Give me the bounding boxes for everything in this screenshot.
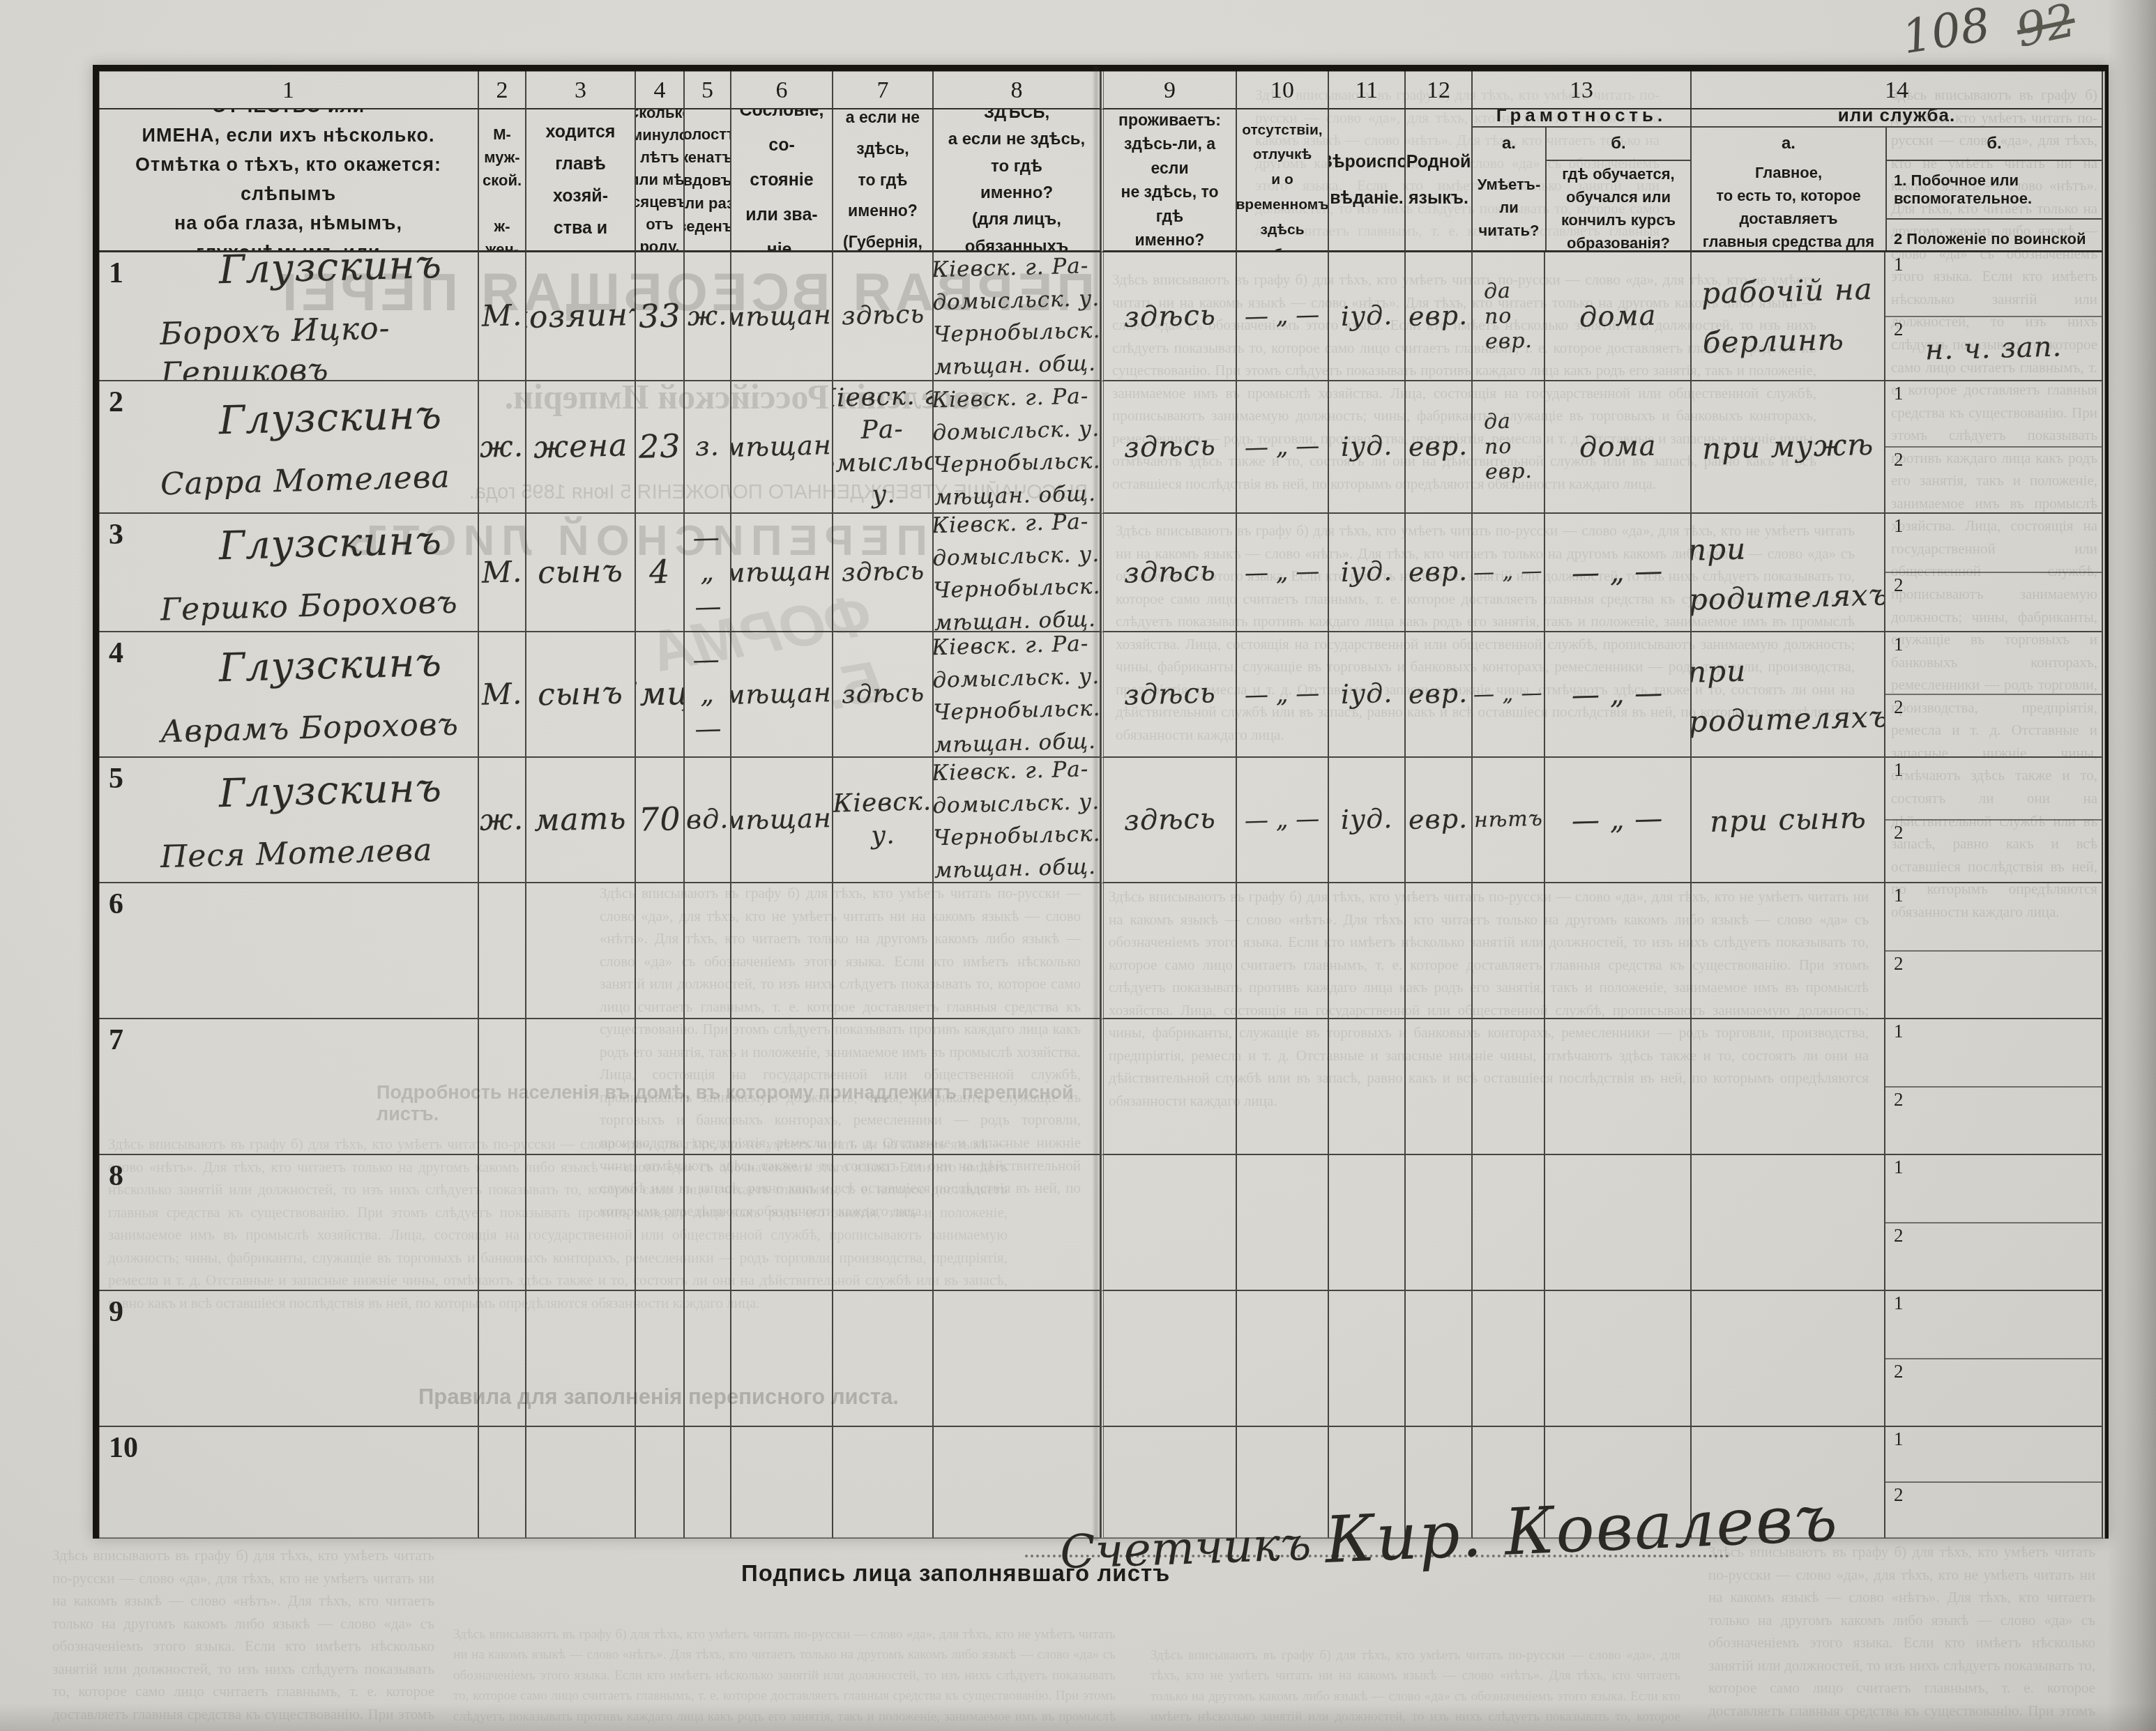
row-number: 1 bbox=[109, 257, 123, 290]
subrow-label-1: 1 bbox=[1894, 1428, 1904, 1450]
handwriting-resides: здѣсь bbox=[1123, 800, 1216, 839]
handwriting-sex: ж. bbox=[480, 427, 525, 466]
header-occupation-title: Занятіе, ремесло, промыселъ, должность и… bbox=[1692, 109, 2102, 128]
born-cell: Кіевск. у. bbox=[833, 758, 934, 883]
header-relation-column: Какъ записанный при- ходится главѣ хозяй… bbox=[526, 109, 636, 252]
military-status-cell: 12 bbox=[1885, 381, 2103, 514]
handwriting-educated: — „ — bbox=[1572, 553, 1664, 591]
handwriting-reads: — „ — bbox=[1473, 681, 1544, 708]
reads-cell bbox=[1473, 1019, 1545, 1155]
header-residence-column: Гдѣ обыкновенно проживаетъ: здѣсь-ли, а … bbox=[1101, 109, 1237, 252]
handwriting-military2: н. ч. зап. bbox=[1925, 328, 2063, 368]
registered-cell: Кіевск. г. Ра- домысльск. у. Чернобыльск… bbox=[934, 381, 1101, 514]
age-cell bbox=[636, 883, 685, 1019]
sex-cell: ж. bbox=[479, 758, 526, 883]
registered-cell bbox=[934, 1019, 1101, 1155]
header-occupation-b1-text: 1. Побочное или вспомогательное. bbox=[1887, 161, 2102, 220]
language-cell bbox=[1406, 1291, 1473, 1427]
handwriting-estate: мѣщан. bbox=[731, 298, 833, 335]
marital-cell: з. bbox=[685, 381, 731, 514]
col-number-6: 6 bbox=[731, 71, 833, 109]
row-number: 3 bbox=[109, 518, 123, 551]
person-cell: 1ГлузскинъБорохъ Ицко-Гершковъ bbox=[99, 252, 479, 381]
handwriting-educated: дома bbox=[1579, 428, 1657, 466]
military-status-cell: 12 bbox=[1885, 1019, 2103, 1155]
handwriting-born: Кіевск. г. Ра- домысльск. у. bbox=[833, 381, 934, 514]
resides-cell bbox=[1101, 883, 1237, 1019]
handwriting-sex: ж. bbox=[480, 800, 525, 839]
reads-cell: — „ — bbox=[1473, 632, 1545, 758]
header-age-column: Сколько минуло лѣтъ или мѣ- сяцевъ отъ р… bbox=[636, 109, 685, 252]
handwriting-religion: іуд. bbox=[1340, 676, 1393, 712]
handwriting-language: евр. bbox=[1409, 802, 1468, 838]
handwriting-registered: Кіевск. г. Ра- домысльск. у. Чернобыльск… bbox=[934, 381, 1101, 514]
header-marital-column: Холостъ, женатъ, вдовъ или раз- веденъ. bbox=[685, 109, 731, 252]
occupation-secondary-subrow: 1 bbox=[1885, 381, 2102, 448]
marital-cell bbox=[685, 1291, 731, 1427]
estate-cell bbox=[731, 1291, 833, 1427]
educated-cell: — „ — bbox=[1545, 632, 1692, 758]
registered-cell: Кіевск. г. Ра- домысльск. у. Чернобыльск… bbox=[934, 252, 1101, 381]
resides-cell: здѣсь bbox=[1101, 514, 1237, 632]
sex-cell: М. bbox=[479, 514, 526, 632]
military-service-subrow: 2 bbox=[1885, 573, 2102, 631]
handwriting-occupation: при родителяхъ bbox=[1692, 642, 1885, 747]
subrow-label-2: 2 bbox=[1894, 1089, 1904, 1111]
header-occupation-b2-text: 2 Положеніе по воинской повинности. bbox=[1887, 220, 2102, 252]
handwriting-absence: — „ — bbox=[1245, 556, 1320, 589]
header-occupation-a-text: Главное, то есть то, которое доставляетъ… bbox=[1692, 160, 1885, 253]
religion-cell: іуд. bbox=[1329, 252, 1406, 381]
occupation-cell bbox=[1692, 883, 1885, 1019]
resides-cell: здѣсь bbox=[1101, 252, 1237, 381]
col-number-9: 9 bbox=[1101, 71, 1237, 109]
born-cell bbox=[833, 1019, 934, 1155]
handwriting-sex: М. bbox=[481, 553, 523, 592]
age-cell: 70 bbox=[636, 758, 685, 883]
row-number: 10 bbox=[109, 1431, 138, 1465]
born-cell: здѣсь bbox=[833, 632, 934, 758]
born-cell bbox=[833, 1427, 934, 1539]
educated-cell: — „ — bbox=[1545, 514, 1692, 632]
absence-cell bbox=[1237, 1019, 1329, 1155]
subrow-label-2: 2 bbox=[1894, 449, 1904, 471]
language-cell bbox=[1406, 883, 1473, 1019]
marital-cell bbox=[685, 883, 731, 1019]
military-status-cell: 12 bbox=[1885, 632, 2103, 758]
resides-cell: здѣсь bbox=[1101, 381, 1237, 514]
handwriting-marital: — „ — bbox=[685, 520, 731, 625]
registered-cell: Кіевск. г. Ра- домысльск. у. Чернобыльск… bbox=[934, 632, 1101, 758]
handwriting-occupation: при мужѣ bbox=[1701, 420, 1874, 474]
col-number-13: 13 bbox=[1473, 71, 1692, 109]
religion-cell bbox=[1329, 1291, 1406, 1427]
signature-name-handwriting: Кир. Ковалевъ bbox=[1325, 1492, 1839, 1566]
sex-cell bbox=[479, 1155, 526, 1291]
col-number-14: 14 bbox=[1692, 71, 2103, 109]
reads-cell bbox=[1473, 1155, 1545, 1291]
handwriting-given-name: Аврамъ Бороховъ bbox=[160, 704, 459, 752]
subrow-label-2: 2 bbox=[1894, 574, 1904, 596]
registered-cell: Кіевск. г. Ра- домысльск. у. Чернобыльск… bbox=[934, 758, 1101, 883]
military-service-subrow: 2 bbox=[1885, 1088, 2102, 1154]
subrow-label-2: 2 bbox=[1894, 953, 1904, 975]
handwriting-absence: — „ — bbox=[1245, 300, 1320, 333]
handwriting-estate: мѣщан. bbox=[731, 676, 833, 713]
educated-cell: — „ — bbox=[1545, 758, 1692, 883]
row-number: 5 bbox=[109, 762, 123, 795]
handwriting-estate: мѣщан. bbox=[731, 801, 833, 839]
estate-cell: мѣщан. bbox=[731, 381, 833, 514]
religion-cell: іуд. bbox=[1329, 514, 1406, 632]
religion-cell: іуд. bbox=[1329, 381, 1406, 514]
row-number: 4 bbox=[109, 636, 123, 670]
handwriting-occupation: при родителяхъ bbox=[1692, 520, 1885, 625]
military-status-cell: 12 bbox=[1885, 514, 2103, 632]
relation-cell bbox=[526, 1291, 636, 1427]
age-cell: 4 bbox=[636, 514, 685, 632]
handwriting-absence: — „ — bbox=[1245, 431, 1320, 464]
subrow-label-1: 1 bbox=[1894, 1157, 1904, 1178]
reads-cell: нѣтъ bbox=[1473, 758, 1545, 883]
age-cell: 33 bbox=[636, 252, 685, 381]
military-status-cell: 12 bbox=[1885, 1291, 2103, 1427]
handwriting-estate: мѣщан. bbox=[731, 554, 833, 591]
reads-cell bbox=[1473, 1291, 1545, 1427]
subrow-label-1: 1 bbox=[1894, 383, 1904, 404]
header-literacy-a-text: Умѣетъ- ли читать? bbox=[1473, 160, 1545, 253]
handwriting-occupation: при сынѣ bbox=[1709, 793, 1867, 846]
relation-cell: жена bbox=[526, 381, 636, 514]
language-cell bbox=[1406, 1155, 1473, 1291]
header-registration-column: Приписанъ-ли ЗДѢСЬ, а если не здѣсь, то … bbox=[934, 109, 1101, 252]
sex-cell bbox=[479, 1019, 526, 1155]
header-occupation-sub-a: а. Главное, то есть то, которое доставля… bbox=[1692, 128, 1885, 253]
occupation-cell bbox=[1692, 1291, 1885, 1427]
signature-role-text: Счетчикъ bbox=[1059, 1517, 1312, 1580]
absence-cell: — „ — bbox=[1237, 381, 1329, 514]
handwriting-age: 70 bbox=[638, 798, 681, 841]
bleedthrough-text-block: Здѣсь вписываютъ въ графу б) для тѣхъ, к… bbox=[52, 1544, 434, 1722]
handwriting-relation: сынъ bbox=[537, 551, 623, 593]
subrow-label-2: 2 bbox=[1894, 319, 1904, 340]
military-service-subrow: 2 bbox=[1885, 952, 2102, 1019]
absence-cell: — „ — bbox=[1237, 252, 1329, 381]
header-literacy-sub-b: б. гдѣ обучается, обучался или кончилъ к… bbox=[1545, 128, 1690, 253]
handwriting-educated: — „ — bbox=[1572, 800, 1664, 839]
occupation-secondary-subrow: 1 bbox=[1885, 252, 2102, 317]
born-cell bbox=[833, 883, 934, 1019]
handwriting-sex: М. bbox=[481, 296, 523, 335]
military-service-subrow: 2 bbox=[1885, 1223, 2102, 1290]
subrow-label-2: 2 bbox=[1894, 822, 1904, 844]
header-literacy-title: Грамотность. bbox=[1473, 109, 1690, 128]
handwriting-surname: Глузскинъ bbox=[218, 638, 443, 694]
handwriting-reads: — „ — bbox=[1473, 559, 1544, 586]
census-sheet-page: ПЕРВАЯ ВСЕОБЩАЯ ПЕРЕПИСЬ населенія Россі… bbox=[0, 0, 2156, 1731]
header-occupation-a-label: а. bbox=[1692, 128, 1885, 160]
header-occupation-column: Занятіе, ремесло, промыселъ, должность и… bbox=[1692, 109, 2103, 252]
registered-cell: Кіевск. г. Ра- домысльск. у. Чернобыльск… bbox=[934, 514, 1101, 632]
born-cell bbox=[833, 1155, 934, 1291]
row-number: 8 bbox=[109, 1159, 123, 1193]
header-literacy-column: Грамотность. а. Умѣетъ- ли читать? б. гд… bbox=[1473, 109, 1692, 252]
educated-cell bbox=[1545, 1019, 1692, 1155]
age-cell bbox=[636, 1019, 685, 1155]
age-cell bbox=[636, 1427, 685, 1539]
handwriting-resides: здѣсь bbox=[1123, 427, 1216, 466]
subrow-label-1: 1 bbox=[1894, 759, 1904, 781]
row-number: 2 bbox=[109, 386, 123, 419]
military-status-cell: 12 bbox=[1885, 758, 2103, 883]
estate-cell bbox=[731, 1019, 833, 1155]
estate-cell: мѣщан. bbox=[731, 632, 833, 758]
handwriting-born: здѣсь bbox=[841, 555, 925, 590]
sex-cell bbox=[479, 1427, 526, 1539]
subrow-label-1: 1 bbox=[1894, 1292, 1904, 1314]
handwriting-relation: жена bbox=[533, 426, 628, 468]
military-service-subrow: 2 bbox=[1885, 1483, 2102, 1537]
reads-cell: да по евр. bbox=[1473, 252, 1545, 381]
age-cell bbox=[636, 1155, 685, 1291]
absence-cell bbox=[1237, 883, 1329, 1019]
subrow-label-1: 1 bbox=[1894, 634, 1904, 655]
page-number-crossed-out: 92 bbox=[2012, 0, 2080, 58]
language-cell: евр. bbox=[1406, 632, 1473, 758]
reads-cell bbox=[1473, 883, 1545, 1019]
absence-cell: — „ — bbox=[1237, 514, 1329, 632]
subrow-label-1: 1 bbox=[1894, 1021, 1904, 1042]
header-literacy-sub-a: а. Умѣетъ- ли читать? bbox=[1473, 128, 1545, 253]
marital-cell: ж. bbox=[685, 252, 731, 381]
person-cell: 4ГлузскинъАврамъ Бороховъ bbox=[99, 632, 479, 758]
marital-cell: — „ — bbox=[685, 632, 731, 758]
handwriting-surname: Глузскинъ bbox=[218, 252, 443, 296]
handwriting-reads: да по евр. bbox=[1484, 278, 1533, 355]
handwriting-resides: здѣсь bbox=[1123, 675, 1216, 713]
estate-cell bbox=[731, 883, 833, 1019]
handwriting-language: евр. bbox=[1409, 554, 1468, 590]
absence-cell: — „ — bbox=[1237, 632, 1329, 758]
handwriting-religion: іуд. bbox=[1340, 429, 1393, 464]
handwriting-registered: Кіевск. г. Ра- домысльск. у. Чернобыльск… bbox=[934, 514, 1101, 632]
header-language-column: Родной языкъ. bbox=[1406, 109, 1473, 252]
religion-cell bbox=[1329, 1019, 1406, 1155]
born-cell bbox=[833, 1291, 934, 1427]
person-cell: 3ГлузскинъГершко Бороховъ bbox=[99, 514, 479, 632]
handwriting-resides: здѣсь bbox=[1123, 297, 1216, 335]
subrow-label-1: 1 bbox=[1894, 254, 1904, 275]
language-cell: евр. bbox=[1406, 381, 1473, 514]
handwriting-marital: з. bbox=[694, 429, 720, 464]
handwriting-marital: вд. bbox=[685, 802, 729, 838]
language-cell: евр. bbox=[1406, 252, 1473, 381]
census-table-grid: 1 2 3 4 5 6 7 8 9 10 11 12 13 14 ФАМИЛІЯ… bbox=[99, 71, 2105, 1539]
handwriting-given-name: Гершко Бороховъ bbox=[160, 582, 458, 630]
marital-cell bbox=[685, 1019, 731, 1155]
occupation-cell bbox=[1692, 1019, 1885, 1155]
header-name-column: ФАМИЛІЯ, (прозвище), ИМЯ и ОТЧЕСТВО или … bbox=[99, 109, 479, 252]
sex-cell: ж. bbox=[479, 381, 526, 514]
handwriting-religion: іуд. bbox=[1340, 802, 1393, 837]
col-number-12: 12 bbox=[1406, 71, 1473, 109]
language-cell bbox=[1406, 1019, 1473, 1155]
handwriting-educated: — „ — bbox=[1572, 675, 1664, 713]
header-literacy-a-label: а. bbox=[1473, 128, 1545, 160]
educated-cell: дома bbox=[1545, 252, 1692, 381]
military-service-subrow: 2 bbox=[1885, 821, 2102, 882]
handwriting-language: евр. bbox=[1409, 429, 1468, 465]
religion-cell: іуд. bbox=[1329, 758, 1406, 883]
header-literacy-b-label: б. bbox=[1547, 128, 1690, 161]
relation-cell bbox=[526, 1155, 636, 1291]
absence-cell bbox=[1237, 1291, 1329, 1427]
military-service-subrow: 2н. ч. зап. bbox=[1885, 317, 2102, 381]
bleedthrough-text-block: Здѣсь вписываютъ въ графу б) для тѣхъ, к… bbox=[1151, 1645, 1680, 1725]
born-cell: здѣсь bbox=[833, 514, 934, 632]
handwriting-sex: М. bbox=[481, 675, 523, 714]
person-cell: 10 bbox=[99, 1427, 479, 1539]
occupation-secondary-subrow: 1 bbox=[1885, 514, 2102, 573]
col-number-10: 10 bbox=[1237, 71, 1329, 109]
header-occupation-b-label: б. bbox=[1887, 128, 2102, 161]
occupation-secondary-subrow: 1 bbox=[1885, 1155, 2102, 1223]
person-cell: 5ГлузскинъПеся Мотелева bbox=[99, 758, 479, 883]
occupation-secondary-subrow: 1 bbox=[1885, 883, 2102, 952]
header-sex-column: Полъ. М-муж- ской. ж-жен- скій. bbox=[479, 109, 526, 252]
relation-cell: сынъ bbox=[526, 514, 636, 632]
estate-cell bbox=[731, 1427, 833, 1539]
handwriting-occupation: рабочій на берлинѣ bbox=[1701, 264, 1874, 368]
sex-cell: М. bbox=[479, 252, 526, 381]
handwriting-language: евр. bbox=[1409, 298, 1468, 335]
handwriting-age: 5мц. bbox=[636, 673, 685, 717]
age-cell bbox=[636, 1291, 685, 1427]
military-status-cell: 12 bbox=[1885, 1155, 2103, 1291]
estate-cell: мѣщан. bbox=[731, 514, 833, 632]
handwriting-reads: да по евр. bbox=[1484, 409, 1533, 485]
reads-cell: да по евр. bbox=[1473, 381, 1545, 514]
person-cell: 9 bbox=[99, 1291, 479, 1427]
relation-cell bbox=[526, 1019, 636, 1155]
handwriting-born: здѣсь bbox=[841, 299, 925, 334]
handwriting-religion: іуд. bbox=[1340, 298, 1393, 334]
born-cell: Кіевск. г. Ра- домысльск. у. bbox=[833, 381, 934, 514]
occupation-secondary-subrow: 1 bbox=[1885, 632, 2102, 695]
occupation-secondary-subrow: 1 bbox=[1885, 758, 2102, 821]
col-number-2: 2 bbox=[479, 71, 526, 109]
handwriting-educated: дома bbox=[1579, 297, 1657, 335]
handwriting-age: 4 bbox=[648, 551, 671, 594]
handwriting-absence: — „ — bbox=[1245, 678, 1320, 711]
col-number-4: 4 bbox=[636, 71, 685, 109]
handwriting-given-name: Борохъ Ицко-Гершковъ bbox=[160, 306, 479, 381]
person-cell: 8 bbox=[99, 1155, 479, 1291]
handwriting-surname: Глузскинъ bbox=[218, 390, 443, 447]
header-birthplace-column: Родился-ли ЗДѢСЬ, а если не здѣсь, то гд… bbox=[833, 109, 934, 252]
subrow-label-2: 2 bbox=[1894, 1361, 1904, 1382]
resides-cell: здѣсь bbox=[1101, 758, 1237, 883]
header-absence-column: Отмѣтка объ отсутствіи, отлучкѣ и о врем… bbox=[1237, 109, 1329, 252]
handwriting-relation: хозяинъ bbox=[526, 294, 636, 337]
handwriting-relation: мать bbox=[534, 799, 628, 841]
handwriting-estate: мѣщан. bbox=[731, 428, 833, 466]
handwriting-absence: — „ — bbox=[1245, 804, 1320, 837]
relation-cell bbox=[526, 883, 636, 1019]
occupation-cell: рабочій на берлинѣ bbox=[1692, 252, 1885, 381]
handwriting-age: 33 bbox=[638, 295, 681, 337]
sex-cell: М. bbox=[479, 632, 526, 758]
military-service-subrow: 2 bbox=[1885, 1359, 2102, 1426]
born-cell: здѣсь bbox=[833, 252, 934, 381]
resides-cell bbox=[1101, 1155, 1237, 1291]
religion-cell bbox=[1329, 883, 1406, 1019]
occupation-cell: при родителяхъ bbox=[1692, 632, 1885, 758]
subrow-label-2: 2 bbox=[1894, 1225, 1904, 1246]
header-literacy-b-text: гдѣ обучается, обучался или кончилъ курс… bbox=[1547, 161, 1690, 253]
col-number-5: 5 bbox=[685, 71, 731, 109]
handwriting-resides: здѣсь bbox=[1123, 553, 1216, 591]
row-number: 7 bbox=[109, 1023, 123, 1057]
educated-cell bbox=[1545, 1155, 1692, 1291]
handwriting-born: Кіевск. у. bbox=[833, 786, 933, 853]
person-cell: 7 bbox=[99, 1019, 479, 1155]
row-number: 6 bbox=[109, 887, 123, 921]
marital-cell: вд. bbox=[685, 758, 731, 883]
handwriting-registered: Кіевск. г. Ра- домысльск. у. Чернобыльск… bbox=[934, 632, 1101, 758]
educated-cell: дома bbox=[1545, 381, 1692, 514]
person-cell: 2ГлузскинъСарра Мотелева bbox=[99, 381, 479, 514]
handwriting-language: евр. bbox=[1409, 676, 1468, 712]
educated-cell bbox=[1545, 883, 1692, 1019]
military-status-cell: 12н. ч. зап. bbox=[1885, 252, 2103, 381]
occupation-secondary-subrow: 1 bbox=[1885, 1291, 2102, 1359]
reads-cell: — „ — bbox=[1473, 514, 1545, 632]
religion-cell bbox=[1329, 1155, 1406, 1291]
marital-cell bbox=[685, 1427, 731, 1539]
educated-cell bbox=[1545, 1291, 1692, 1427]
military-status-cell: 12 bbox=[1885, 1427, 2103, 1539]
age-cell: 23 bbox=[636, 381, 685, 514]
col-number-11: 11 bbox=[1329, 71, 1406, 109]
estate-cell: мѣщан. bbox=[731, 252, 833, 381]
subrow-label-1: 1 bbox=[1894, 885, 1904, 906]
handwriting-marital: ж. bbox=[687, 298, 728, 334]
handwriting-religion: іуд. bbox=[1340, 554, 1393, 590]
religion-cell: іуд. bbox=[1329, 632, 1406, 758]
handwriting-surname: Глузскинъ bbox=[218, 516, 443, 572]
military-service-subrow: 2 bbox=[1885, 695, 2102, 756]
estate-cell bbox=[731, 1155, 833, 1291]
occupation-cell: при мужѣ bbox=[1692, 381, 1885, 514]
relation-cell: мать bbox=[526, 758, 636, 883]
census-table: 1 2 3 4 5 6 7 8 9 10 11 12 13 14 ФАМИЛІЯ… bbox=[93, 65, 2109, 1539]
resides-cell bbox=[1101, 1019, 1237, 1155]
registered-cell bbox=[934, 883, 1101, 1019]
handwriting-given-name: Песя Мотелева bbox=[160, 830, 433, 877]
person-cell: 6 bbox=[99, 883, 479, 1019]
header-occupation-sub-b: б. 1. Побочное или вспомогательное. 2 По… bbox=[1885, 128, 2102, 253]
occupation-cell: при родителяхъ bbox=[1692, 514, 1885, 632]
col-number-8: 8 bbox=[934, 71, 1101, 109]
bleedthrough-text-block: Здѣсь вписываютъ въ графу б) для тѣхъ, к… bbox=[453, 1624, 1116, 1725]
military-status-cell: 12 bbox=[1885, 883, 2103, 1019]
bleedthrough-text-block: Здѣсь вписываютъ въ графу б) для тѣхъ, к… bbox=[1708, 1541, 2095, 1722]
registered-cell bbox=[934, 1155, 1101, 1291]
sex-cell bbox=[479, 883, 526, 1019]
page-number: 108 bbox=[1899, 0, 1994, 64]
relation-cell: хозяинъ bbox=[526, 252, 636, 381]
